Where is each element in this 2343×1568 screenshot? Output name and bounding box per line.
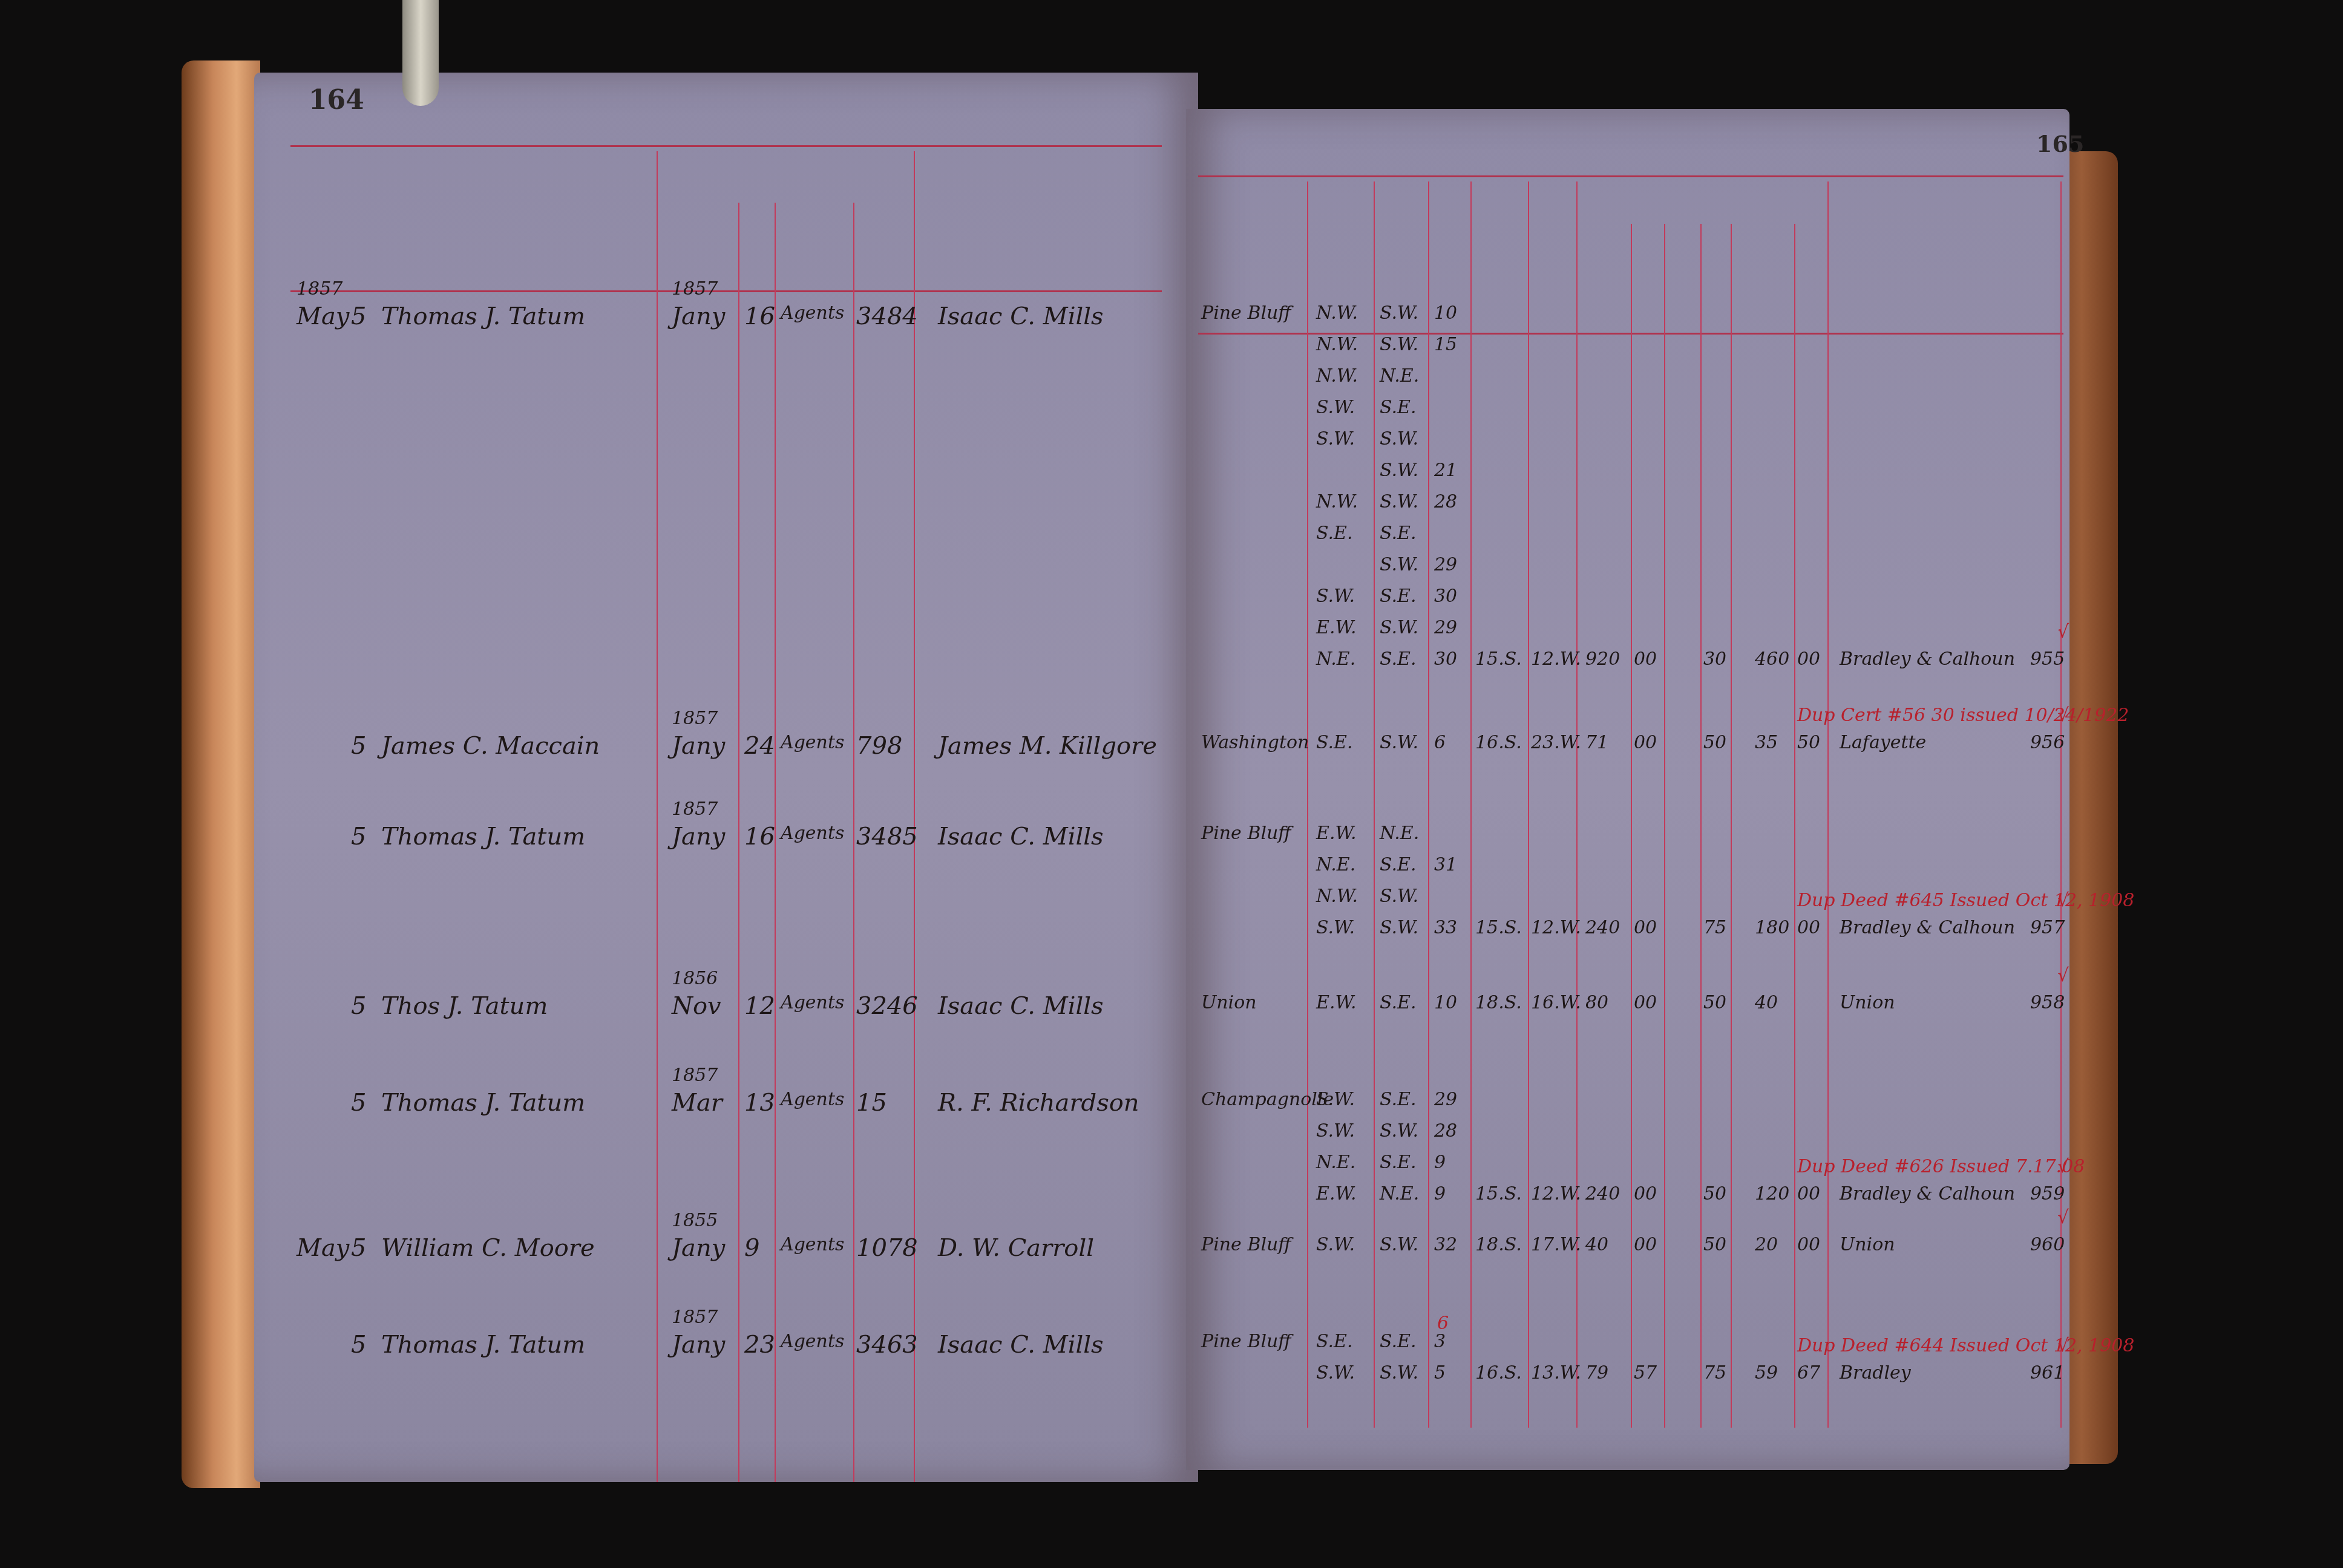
tract-quarter: S.E. <box>1380 992 1416 1013</box>
right-col-rule <box>1827 181 1829 1428</box>
amount-cents: 00 <box>1797 1234 1820 1255</box>
acres: 40 <box>1585 1234 1608 1255</box>
tract-part: S.W. <box>1316 1362 1355 1383</box>
land-office-or-purchaser: Union <box>1840 992 1895 1013</box>
agent-name: Isaac C. Mills <box>938 302 1104 330</box>
right-col-rule <box>1731 224 1732 1428</box>
right-col-rule <box>1428 181 1429 1428</box>
check-mark: √ <box>2057 965 2069 986</box>
land-office-or-purchaser: Bradley & Calhoun <box>1840 1183 2015 1204</box>
tract-section: 10 <box>1434 302 1457 324</box>
entry-month: May <box>297 302 349 330</box>
rate-cents: 50 <box>1703 992 1726 1013</box>
land-office-or-purchaser: Lafayette <box>1840 732 1926 753</box>
section-correction: 6 <box>1437 1313 1449 1334</box>
county: Champagnolle <box>1201 1089 1334 1110</box>
tract-quarter: S.W. <box>1380 302 1418 324</box>
tract-section: 31 <box>1434 854 1457 875</box>
entry-day: 5 <box>351 302 366 330</box>
col-rule-day <box>738 203 739 1482</box>
tract-section: 30 <box>1434 648 1457 670</box>
right-col-rule <box>1664 224 1665 1428</box>
amount-dollars: 120 <box>1755 1183 1789 1204</box>
tract-section: 32 <box>1434 1234 1457 1255</box>
right-col-rule <box>1794 224 1795 1428</box>
orig-month: Mar <box>672 1089 723 1117</box>
acres-fraction: 00 <box>1634 732 1657 753</box>
red-annotation: Dup Deed #644 Issued Oct 12, 1908 <box>1797 1335 2134 1356</box>
township: 15.S. <box>1475 917 1522 938</box>
tract-quarter: S.W. <box>1380 334 1418 355</box>
tract-quarter: S.W. <box>1380 1362 1418 1383</box>
township: 18.S. <box>1475 992 1522 1013</box>
orig-year: 1857 <box>672 278 718 299</box>
range: 13.W. <box>1531 1362 1581 1383</box>
tract-section: 21 <box>1434 460 1457 481</box>
tract-quarter: S.W. <box>1380 491 1418 512</box>
tract-section: 29 <box>1434 617 1457 638</box>
tract-section: 9 <box>1434 1183 1446 1204</box>
county: Pine Bluff <box>1201 1331 1291 1352</box>
entry-day: 5 <box>351 1089 366 1117</box>
metal-bookmark-clip <box>402 0 439 106</box>
patent-number: 958 <box>2030 992 2065 1013</box>
rate-cents: 30 <box>1703 648 1726 670</box>
range: 12.W. <box>1531 1183 1581 1204</box>
by-agents: Agents <box>781 1331 844 1352</box>
header-rule-top <box>290 145 1162 147</box>
tract-part: N.W. <box>1316 365 1358 387</box>
county: Pine Bluff <box>1201 302 1291 324</box>
range: 23.W. <box>1531 732 1581 753</box>
tract-quarter: S.E. <box>1380 1331 1416 1352</box>
orig-month: Jany <box>672 1234 725 1262</box>
book-page-edges-left <box>182 60 260 1488</box>
land-office-or-purchaser: Union <box>1840 1234 1895 1255</box>
tract-part: E.W. <box>1316 1183 1357 1204</box>
tract-section: 30 <box>1434 586 1457 607</box>
check-mark: √ <box>2057 705 2069 726</box>
by-agents: Agents <box>781 823 844 844</box>
acres-fraction: 00 <box>1634 992 1657 1013</box>
county: Pine Bluff <box>1201 823 1291 844</box>
tract-part: E.W. <box>1316 992 1357 1013</box>
tract-quarter: S.E. <box>1380 586 1416 607</box>
orig-day: 24 <box>744 732 775 760</box>
purchaser-name: Thomas J. Tatum <box>381 1331 585 1359</box>
tract-quarter: S.E. <box>1380 854 1416 875</box>
amount-dollars: 59 <box>1755 1362 1778 1383</box>
acres-fraction: 00 <box>1634 648 1657 670</box>
orig-month: Jany <box>672 302 725 330</box>
acres-fraction: 00 <box>1634 917 1657 938</box>
range: 12.W. <box>1531 648 1581 670</box>
orig-day: 12 <box>744 992 775 1020</box>
tract-part: N.W. <box>1316 491 1358 512</box>
land-office-or-purchaser: Bradley <box>1840 1362 1911 1383</box>
check-mark: √ <box>2057 1156 2069 1177</box>
orig-month: Jany <box>672 732 725 760</box>
header-rule-bottom <box>290 290 1162 292</box>
tract-quarter: S.W. <box>1380 554 1418 575</box>
orig-year: 1857 <box>672 1065 718 1086</box>
amount-dollars: 40 <box>1755 992 1778 1013</box>
orig-day: 13 <box>744 1089 775 1117</box>
col-rule-date <box>657 151 658 1482</box>
right-col-rule <box>1528 181 1529 1428</box>
orig-day: 16 <box>744 823 775 851</box>
tract-quarter: S.E. <box>1380 648 1416 670</box>
entry-day: 5 <box>351 1234 366 1262</box>
tract-quarter: N.E. <box>1380 365 1419 387</box>
patent-number: 957 <box>2030 917 2065 938</box>
tract-part: N.E. <box>1316 854 1355 875</box>
tract-section: 33 <box>1434 917 1457 938</box>
left-page-number: 164 <box>309 85 364 116</box>
purchaser-name: James C. Maccain <box>381 732 600 760</box>
certificate-number: 3246 <box>856 992 918 1020</box>
by-agents: Agents <box>781 732 844 753</box>
acres-fraction: 00 <box>1634 1183 1657 1204</box>
range: 16.W. <box>1531 992 1581 1013</box>
acres-fraction: 00 <box>1634 1234 1657 1255</box>
purchaser-name: Thomas J. Tatum <box>381 302 585 330</box>
tract-section: 29 <box>1434 1089 1457 1110</box>
agent-name: Isaac C. Mills <box>938 823 1104 851</box>
entry-day: 5 <box>351 732 366 760</box>
township: 16.S. <box>1475 732 1522 753</box>
tract-part: S.W. <box>1316 586 1355 607</box>
rate-cents: 75 <box>1703 1362 1726 1383</box>
orig-month: Jany <box>672 823 725 851</box>
tract-part: S.W. <box>1316 1089 1355 1110</box>
tract-part: N.E. <box>1316 648 1355 670</box>
tract-section: 9 <box>1434 1152 1446 1173</box>
tract-section: 3 <box>1434 1331 1446 1352</box>
agent-name: R. F. Richardson <box>938 1089 1139 1117</box>
acres: 71 <box>1585 732 1608 753</box>
tract-section: 28 <box>1434 491 1457 512</box>
tract-part: S.E. <box>1316 523 1352 544</box>
entry-day: 5 <box>351 992 366 1020</box>
tract-part: N.W. <box>1316 302 1358 324</box>
tract-section: 15 <box>1434 334 1457 355</box>
certificate-number: 15 <box>856 1089 887 1117</box>
entry-day: 5 <box>351 823 366 851</box>
orig-year: 1855 <box>672 1210 718 1231</box>
orig-year: 1857 <box>672 708 718 729</box>
acres: 80 <box>1585 992 1608 1013</box>
township: 15.S. <box>1475 1183 1522 1204</box>
rate-cents: 50 <box>1703 1234 1726 1255</box>
tract-part: S.W. <box>1316 917 1355 938</box>
red-annotation: Dup Deed #645 Issued Oct 12, 1908 <box>1797 890 2134 911</box>
agent-name: Isaac C. Mills <box>938 1331 1104 1359</box>
purchaser-name: William C. Moore <box>381 1234 595 1262</box>
tract-quarter: S.W. <box>1380 428 1418 449</box>
tract-quarter: S.E. <box>1380 523 1416 544</box>
check-mark: √ <box>2057 1335 2069 1356</box>
orig-month: Nov <box>672 992 721 1020</box>
tract-quarter: S.W. <box>1380 1120 1418 1142</box>
township: 16.S. <box>1475 1362 1522 1383</box>
tract-part: S.W. <box>1316 1120 1355 1142</box>
tract-section: 28 <box>1434 1120 1457 1142</box>
rate-cents: 75 <box>1703 917 1726 938</box>
certificate-number: 3463 <box>856 1331 918 1359</box>
purchaser-name: Thomas J. Tatum <box>381 1089 585 1117</box>
tract-part: N.E. <box>1316 1152 1355 1173</box>
county: Washington <box>1201 732 1309 753</box>
right-page-number: 165 <box>2036 130 2084 157</box>
tract-quarter: S.W. <box>1380 732 1418 753</box>
land-office-or-purchaser: Bradley & Calhoun <box>1840 917 2015 938</box>
tract-quarter: S.W. <box>1380 917 1418 938</box>
tract-quarter: N.E. <box>1380 1183 1419 1204</box>
amount-cents: 00 <box>1797 917 1820 938</box>
orig-day: 23 <box>744 1331 775 1359</box>
orig-day: 16 <box>744 302 775 330</box>
amount-cents: 00 <box>1797 648 1820 670</box>
tract-part: E.W. <box>1316 617 1357 638</box>
tract-section: 6 <box>1434 732 1446 753</box>
tract-section: 10 <box>1434 992 1457 1013</box>
certificate-number: 3484 <box>856 302 918 330</box>
right-col-rule <box>1631 224 1632 1428</box>
check-mark: √ <box>2057 890 2069 911</box>
col-rule-cert <box>853 203 854 1482</box>
acres-fraction: 57 <box>1634 1362 1657 1383</box>
header-year: 1857 <box>297 278 342 299</box>
amount-cents: 00 <box>1797 1183 1820 1204</box>
orig-year: 1857 <box>672 799 718 820</box>
entry-day: 5 <box>351 1331 366 1359</box>
acres: 240 <box>1585 1183 1620 1204</box>
orig-year: 1857 <box>672 1307 718 1328</box>
rate-cents: 50 <box>1703 732 1726 753</box>
red-annotation: Dup Deed #626 Issued 7.17.08 <box>1797 1156 2085 1177</box>
tract-part: S.W. <box>1316 397 1355 418</box>
patent-number: 955 <box>2030 648 2065 670</box>
purchaser-name: Thomas J. Tatum <box>381 823 585 851</box>
certificate-number: 3485 <box>856 823 918 851</box>
agent-name: Isaac C. Mills <box>938 992 1104 1020</box>
red-annotation: Dup Cert #56 30 issued 10/24/1922 <box>1797 705 2129 726</box>
agent-name: James M. Killgore <box>938 732 1157 760</box>
tract-quarter: S.W. <box>1380 460 1418 481</box>
tract-quarter: S.W. <box>1380 1234 1418 1255</box>
right-col-rule <box>1700 224 1702 1428</box>
orig-year: 1856 <box>672 968 718 989</box>
patent-number: 959 <box>2030 1183 2065 1204</box>
amount-cents: 67 <box>1797 1362 1820 1383</box>
right-col-rule <box>1374 181 1375 1428</box>
by-agents: Agents <box>781 1234 844 1255</box>
tract-section: 29 <box>1434 554 1457 575</box>
tract-part: S.W. <box>1316 1234 1355 1255</box>
orig-day: 9 <box>744 1234 759 1262</box>
col-rule-agent <box>914 151 915 1482</box>
by-agents: Agents <box>781 302 844 324</box>
check-mark: √ <box>2057 1207 2069 1228</box>
rate-cents: 50 <box>1703 1183 1726 1204</box>
acres: 920 <box>1585 648 1620 670</box>
patent-number: 956 <box>2030 732 2065 753</box>
tract-quarter: S.E. <box>1380 397 1416 418</box>
certificate-number: 1078 <box>856 1234 918 1262</box>
tract-part: S.W. <box>1316 428 1355 449</box>
county: Union <box>1201 992 1257 1013</box>
amount-dollars: 20 <box>1755 1234 1778 1255</box>
amount-cents: 50 <box>1797 732 1820 753</box>
county: Pine Bluff <box>1201 1234 1291 1255</box>
tract-part: E.W. <box>1316 823 1357 844</box>
tract-part: N.W. <box>1316 886 1358 907</box>
amount-dollars: 35 <box>1755 732 1778 753</box>
tract-part: S.E. <box>1316 1331 1352 1352</box>
by-agents: Agents <box>781 1089 844 1110</box>
by-agents: Agents <box>781 992 844 1013</box>
range: 17.W. <box>1531 1234 1581 1255</box>
tract-part: N.W. <box>1316 334 1358 355</box>
tract-quarter: N.E. <box>1380 823 1419 844</box>
tract-part: S.E. <box>1316 732 1352 753</box>
tract-quarter: S.W. <box>1380 886 1418 907</box>
purchaser-name: Thos J. Tatum <box>381 992 548 1020</box>
patent-number: 960 <box>2030 1234 2065 1255</box>
certificate-number: 798 <box>856 732 902 760</box>
land-office-or-purchaser: Bradley & Calhoun <box>1840 648 2015 670</box>
right-page: 165 Pine BluffN.W.S.W.10N.W.S.W.15N.W.N.… <box>1186 109 2069 1470</box>
tract-quarter: S.E. <box>1380 1152 1416 1173</box>
acres: 240 <box>1585 917 1620 938</box>
entry-month: May <box>297 1234 349 1262</box>
patent-number: 961 <box>2030 1362 2065 1383</box>
right-col-rule <box>1307 181 1308 1428</box>
header-rule-top-right <box>1198 175 2063 177</box>
acres: 79 <box>1585 1362 1608 1383</box>
orig-month: Jany <box>672 1331 725 1359</box>
right-col-rule <box>1470 181 1472 1428</box>
range: 12.W. <box>1531 917 1581 938</box>
township: 15.S. <box>1475 648 1522 670</box>
agent-name: D. W. Carroll <box>938 1234 1094 1262</box>
township: 18.S. <box>1475 1234 1522 1255</box>
tract-section: 5 <box>1434 1362 1446 1383</box>
tract-quarter: S.W. <box>1380 617 1418 638</box>
tract-quarter: S.E. <box>1380 1089 1416 1110</box>
check-mark: √ <box>2057 621 2069 642</box>
amount-dollars: 180 <box>1755 917 1789 938</box>
amount-dollars: 460 <box>1755 648 1789 670</box>
left-page: 164 1857May5Thomas J. Tatum1857Jany16Age… <box>254 73 1198 1482</box>
